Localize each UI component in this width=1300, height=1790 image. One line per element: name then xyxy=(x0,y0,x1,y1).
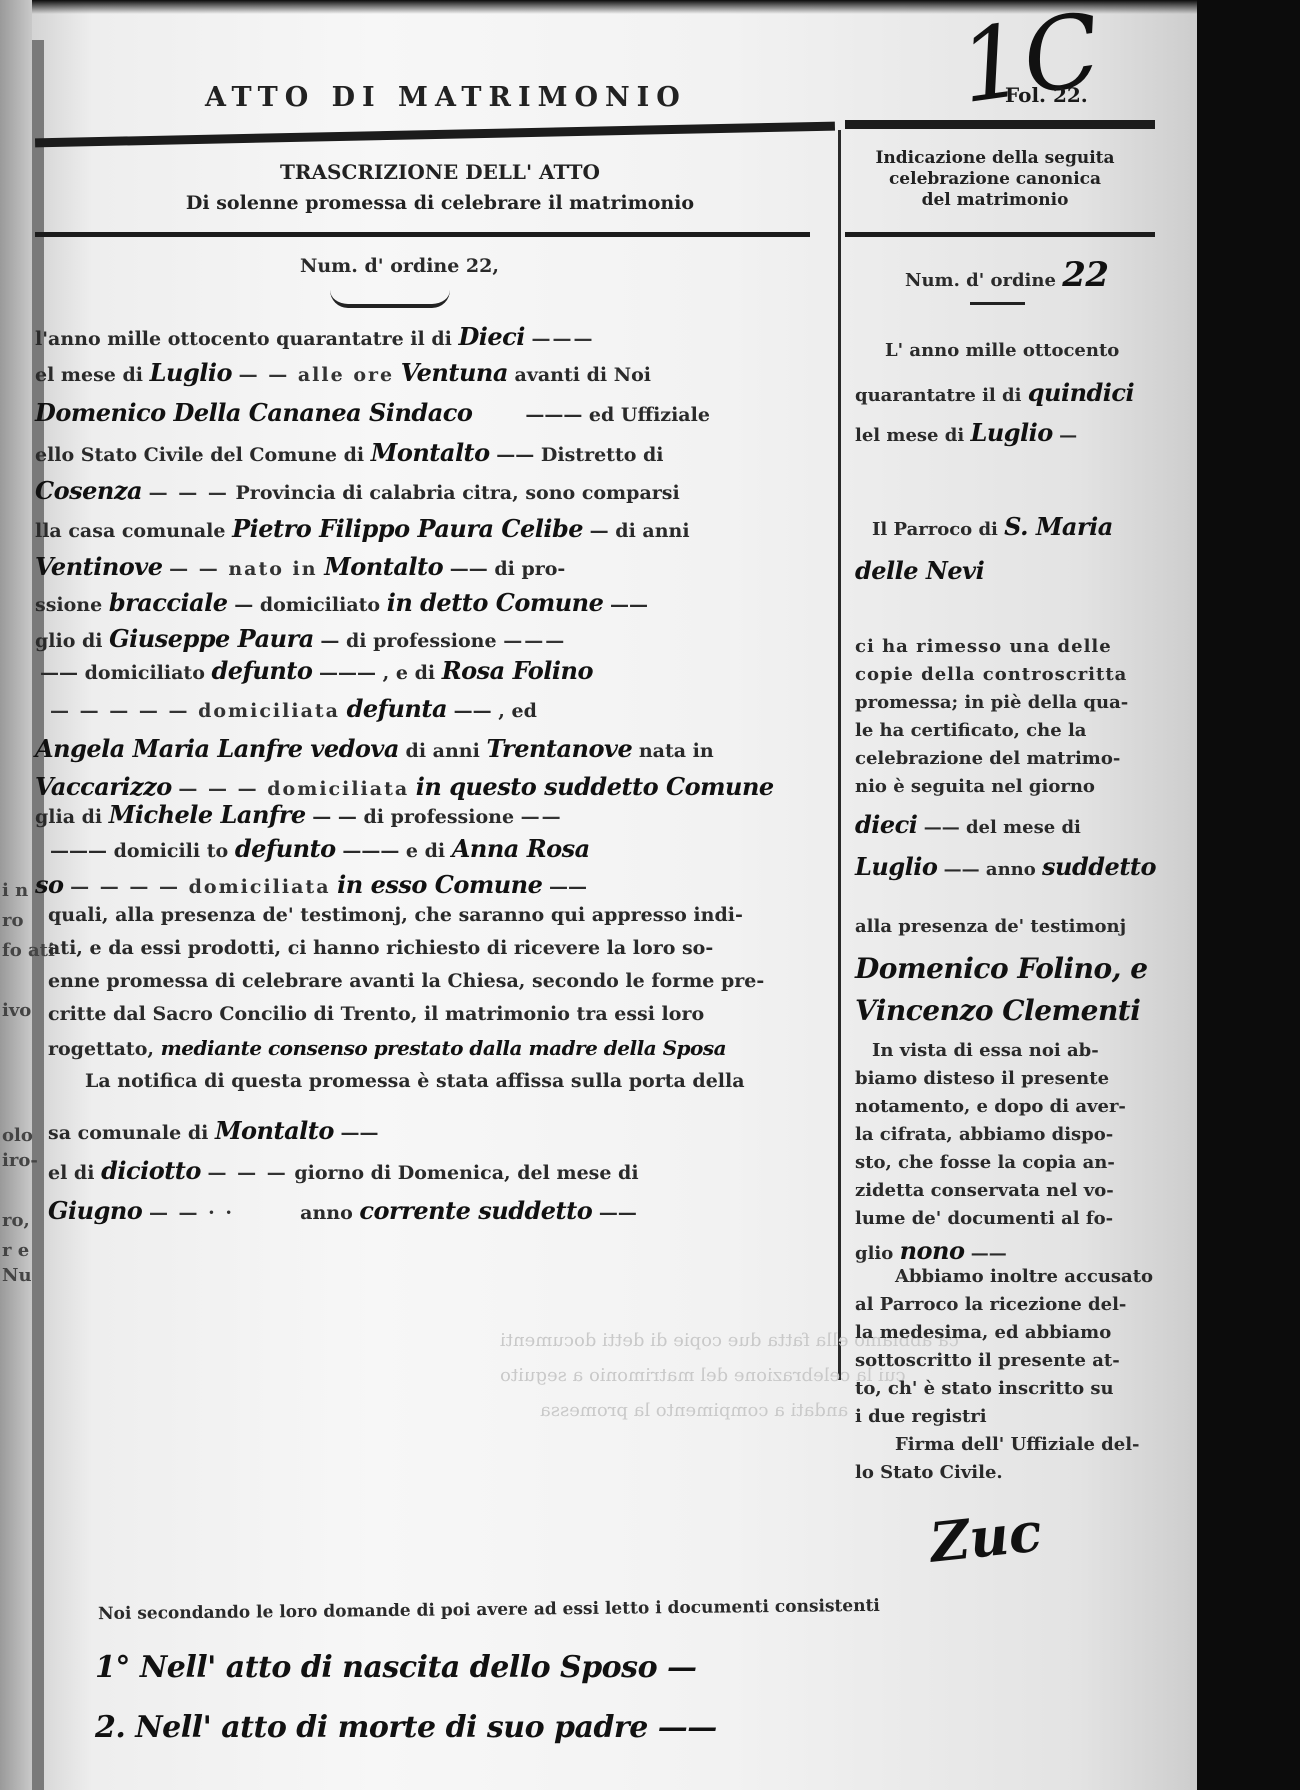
body-text-line: critte dal Sacro Concilio di Trento, il … xyxy=(48,1003,704,1025)
body-text-line: ati, e da essi prodotti, ci hanno richie… xyxy=(48,937,713,959)
right-body-line: promessa; in piè della qua- xyxy=(855,692,1128,713)
margin-fragment: ro xyxy=(2,910,24,931)
right-body-line: notamento, e dopo di aver- xyxy=(855,1096,1126,1117)
right-body-line: zidetta conservata nel vo- xyxy=(855,1180,1114,1201)
signature-label: lo Stato Civile. xyxy=(855,1462,1003,1483)
right-year-line: quarantatre il di quindici xyxy=(855,378,1134,407)
form-line: el mese di Luglio — — alle ore Ventuna a… xyxy=(35,358,651,387)
margin-fragment: ivo xyxy=(2,1000,31,1021)
margin-fragment: i n xyxy=(2,880,28,901)
right-title-line: Indicazione della seguita xyxy=(845,148,1145,169)
parish-line: delle Nevi xyxy=(855,556,984,585)
bleed-through-text: cui la celebrazione del matrimonio a seg… xyxy=(500,1365,906,1386)
right-title-rule xyxy=(845,232,1155,237)
officer-signature: Zuc xyxy=(927,1499,1045,1574)
form-line: ——— domicili to defunto ——— e di Anna Ro… xyxy=(50,834,590,863)
right-body-line: le ha certificato, che la xyxy=(855,720,1086,741)
order-underline xyxy=(970,302,1025,305)
margin-fragment: r e xyxy=(2,1240,29,1261)
form-line: sa comunale di Montalto —— xyxy=(48,1116,378,1145)
right-section-title: Indicazione della seguita celebrazione c… xyxy=(845,148,1145,211)
right-year2-line: Luglio —— anno suddetto xyxy=(855,852,1156,881)
footer-handwritten-line: 1° Nell' atto di nascita dello Sposo — xyxy=(95,1650,697,1685)
right-body-line: In vista di essa noi ab- xyxy=(872,1040,1099,1061)
form-line: ssione bracciale — domiciliato in detto … xyxy=(35,588,648,617)
witness-name: Domenico Folino, e xyxy=(855,952,1148,985)
form-line: el di diciotto — — — giorno di Domenica,… xyxy=(48,1156,639,1185)
form-line: rogettato, mediante consenso prestato da… xyxy=(48,1036,726,1060)
brace-ornament xyxy=(330,290,450,308)
right-title-line: del matrimonio xyxy=(845,190,1145,211)
witness-label: alla presenza de' testimonj xyxy=(855,916,1126,937)
right-day-line: dieci —— del mese di xyxy=(855,810,1081,839)
right-body-line: al Parroco la ricezione del- xyxy=(855,1294,1126,1315)
left-section-subtitle: Di solenne promessa di celebrare il matr… xyxy=(90,192,790,214)
right-body-line: nio è seguita nel giorno xyxy=(855,776,1095,797)
binding-margin xyxy=(32,40,44,1790)
form-line: l'anno mille ottocento quarantatre il di… xyxy=(35,322,595,351)
handwritten-corner-mark: 1C xyxy=(953,0,1108,126)
margin-fragment: olo xyxy=(2,1125,33,1146)
form-line: so — — — — domiciliata in esso Comune —— xyxy=(35,870,587,899)
bleed-through-text: andati a compimento la promessa xyxy=(540,1400,848,1421)
margin-fragment: iro- xyxy=(2,1150,38,1171)
right-body-line: Abbiamo inoltre accusato xyxy=(895,1266,1153,1287)
column-divider xyxy=(838,130,841,1380)
right-body-line: la cifrata, abbiamo dispo- xyxy=(855,1124,1113,1145)
right-body-line: celebrazione del matrimo- xyxy=(855,748,1120,769)
right-month-line: lel mese di Luglio — xyxy=(855,418,1077,447)
right-body-line: biamo disteso il presente xyxy=(855,1068,1109,1089)
witness-name: Vincenzo Clementi xyxy=(855,994,1140,1027)
body-text-line: quali, alla presenza de' testimonj, che … xyxy=(48,904,743,926)
form-line: — — — — — domiciliata defunta —— , ed xyxy=(50,694,537,723)
footer-handwritten-line: 2. Nell' atto di morte di suo padre —— xyxy=(95,1710,717,1745)
form-line: Domenico Della Cananea Sindaco ——— ed Uf… xyxy=(35,398,710,427)
right-body-line: copie della controscritta xyxy=(855,664,1127,685)
right-body-line: la medesima, ed abbiamo xyxy=(855,1322,1111,1343)
right-title-line: celebrazione canonica xyxy=(845,169,1145,190)
folio-number: Fol. 22. xyxy=(1005,83,1088,107)
form-line: Angela Maria Lanfre vedova di anni Trent… xyxy=(35,734,714,763)
margin-fragment: ro, xyxy=(2,1210,30,1231)
form-line: glio di Giuseppe Paura — di professione … xyxy=(35,624,566,653)
form-line: glia di Michele Lanfre — — di profession… xyxy=(35,800,563,829)
margin-fragment: Nu xyxy=(2,1265,32,1286)
document-title: ATTO DI MATRIMONIO xyxy=(205,82,687,113)
right-year-line: L' anno mille ottocento xyxy=(885,340,1119,361)
form-line: Cosenza — — — Provincia di calabria citr… xyxy=(35,476,680,505)
form-line: Ventinove — — nato in Montalto —— di pro… xyxy=(35,552,565,581)
right-folio-line: glio nono —— xyxy=(855,1236,1007,1265)
signature-label: Firma dell' Uffiziale del- xyxy=(895,1434,1140,1455)
parish-line: Il Parroco di S. Maria xyxy=(872,512,1113,541)
form-line: Vaccarizzo — — — domiciliata in questo s… xyxy=(35,772,774,801)
body-text-line: enne promessa di celebrare avanti la Chi… xyxy=(48,970,764,992)
form-line: lla casa comunale Pietro Filippo Paura C… xyxy=(35,514,690,543)
margin-fragment: fo ati xyxy=(2,940,55,961)
left-order-number: Num. d' ordine 22, xyxy=(300,255,499,277)
right-body-line: sto, che fosse la copia an- xyxy=(855,1152,1115,1173)
form-line: ello Stato Civile del Comune di Montalto… xyxy=(35,438,664,467)
right-body-line: to, ch' è stato inscritto su xyxy=(855,1378,1114,1399)
right-order-number: Num. d' ordine 22 xyxy=(905,255,1109,295)
right-body-line: i due registri xyxy=(855,1406,987,1427)
scan-edge xyxy=(1210,0,1300,1790)
right-body-line: ci ha rimesso una delle xyxy=(855,636,1112,657)
right-body-line: sottoscritto il presente at- xyxy=(855,1350,1120,1371)
left-section-title: TRASCRIZIONE DELL' ATTO xyxy=(90,160,790,184)
right-body-line: lume de' documenti al fo- xyxy=(855,1208,1113,1229)
form-line: Giugno — — · · anno corrente suddetto —— xyxy=(48,1196,637,1225)
header-rule-right xyxy=(845,120,1155,129)
form-line: —— domiciliato defunto ——— , e di Rosa F… xyxy=(40,656,593,685)
left-title-rule xyxy=(35,232,810,237)
body-text-line: La notifica di questa promessa è stata a… xyxy=(85,1070,745,1092)
